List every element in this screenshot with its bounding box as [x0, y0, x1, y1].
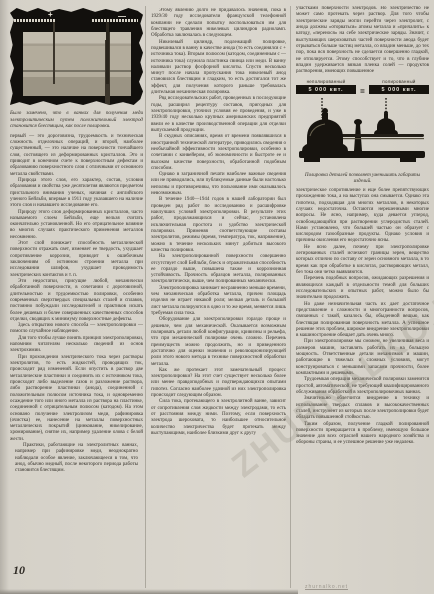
unpolished-knob — [322, 108, 328, 114]
paragraph: участками поверхности электродов. Но эле… — [296, 6, 429, 75]
anode-electrode — [53, 22, 55, 84]
scale-base — [299, 151, 425, 158]
paragraph: Природу этого слоя деформированных крист… — [10, 210, 143, 242]
paragraph: Ряд исследовательских работ, проведенных… — [151, 96, 286, 134]
paragraph: Перечень подобных вопросов, ожидающих ра… — [296, 276, 429, 301]
photo-caption: Было замечено, что в ваннах для получени… — [10, 110, 143, 130]
polished-knob — [384, 111, 388, 115]
paragraph: Для того чтобы лучше понять принцип элек… — [10, 336, 143, 355]
photo-label-strip-right — [92, 19, 138, 22]
balance-scale-drawing — [296, 96, 429, 166]
paragraph: Никелевый цилиндр, подлежащий полировке,… — [151, 40, 286, 97]
scale-foot-right — [400, 158, 416, 162]
polished-value-badge: 5 000 квт. — [369, 85, 429, 94]
paragraph: Не ясно далее, почему при электрополиров… — [296, 245, 429, 277]
paragraph: Электрополировка занимает несравненно ме… — [151, 286, 286, 318]
paragraph: первый — это дороговизна, трудоемкость и… — [10, 134, 143, 178]
polished-label-group: полированный 5 000 квт. — [369, 79, 429, 94]
equals-sign: = — [360, 87, 365, 96]
paragraph: В скудных описаниях, время от времени по… — [151, 134, 286, 172]
unpolished-machine — [302, 119, 348, 151]
bath-tank — [23, 32, 131, 96]
column-rule-2 — [290, 6, 291, 588]
unpolished-label-group: неполированный 5 000 квт. — [296, 79, 356, 94]
polished-label: полированный — [369, 79, 429, 84]
paragraph: электрическое сопротивление и еще более … — [296, 188, 429, 245]
photo-label-strip-left — [14, 19, 56, 22]
illustration-caption: Полировка деталей позволяет уменьшить га… — [296, 172, 429, 185]
column-1-text: первый — это дороговизна, трудоемкость и… — [10, 134, 143, 475]
scale-illustration: неполированный 5 000 квт. = полированный… — [296, 79, 429, 185]
scale-labels: неполированный 5 000 квт. = полированный… — [296, 79, 429, 96]
paragraph: При прохождении электрического тока чере… — [10, 355, 143, 443]
pillar-cap — [354, 119, 362, 125]
unpolished-label: неполированный — [296, 79, 356, 84]
scale-foot-left — [304, 158, 320, 162]
paragraph: Эти недостатки, присущие любой, механиче… — [10, 279, 143, 323]
set-off-paragraph: Практики, работающие на электролитных ва… — [10, 443, 143, 475]
corner-watermark: zhurnalko.net — [305, 584, 348, 590]
unpolished-value-badge: 5 000 квт. — [296, 85, 356, 94]
paragraph: Оборудование для электрополировки горазд… — [151, 317, 286, 368]
paragraph: Как же протекает этот замечательный проц… — [151, 368, 286, 400]
paragraph: Природа этого слоя, его характер, состав… — [10, 178, 143, 210]
cathode-electrode — [106, 22, 109, 84]
column-3: участками поверхности электродов. Но эле… — [296, 6, 429, 590]
paragraph: В течение 1940—1944 годов в нашей лабора… — [151, 197, 286, 254]
magazine-page: + — Было замечено, что в ваннах для полу… — [0, 0, 434, 594]
column-rule-1 — [145, 6, 146, 588]
electrolytic-bath-photo: + — — [10, 8, 143, 105]
paragraph: Этот слой понижает способность металличе… — [10, 241, 143, 279]
scan-edge-shadow — [0, 589, 298, 594]
paragraph: Этому явлению долго не придавалось значе… — [151, 8, 286, 40]
paragraph: Здесь открытию нового способа — электроп… — [10, 323, 143, 336]
column-2: Этому явлению долго не придавалось значе… — [151, 8, 286, 574]
page-number: 10 — [13, 563, 25, 578]
paragraph: На электрополированной поверхности совер… — [151, 254, 286, 286]
column-1: + — Было замечено, что в ваннах для полу… — [10, 8, 143, 586]
paragraph: Однако в заграничной печати наиболее важ… — [151, 172, 286, 197]
unpolished-finial — [322, 113, 328, 120]
plus-symbol: + — [48, 10, 53, 19]
polished-machine — [374, 118, 398, 134]
